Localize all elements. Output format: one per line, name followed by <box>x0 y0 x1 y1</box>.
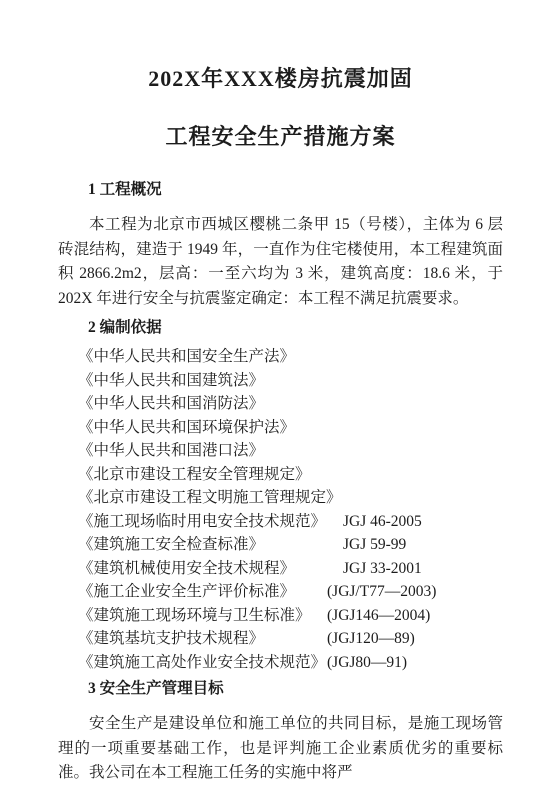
regulation-title: 《施工现场临时用电安全技术规范》 <box>78 513 326 530</box>
regulation-title: 《北京市建设工程安全管理规定》 <box>78 466 311 483</box>
regulation-item: 《中华人民共和国消防法》 <box>78 392 503 416</box>
regulation-item: 《施工现场临时用电安全技术规范》 JGJ 46-2005 <box>78 510 503 534</box>
regulation-title: 《北京市建设工程文明施工管理规定》 <box>78 489 342 506</box>
regulation-title: 《中华人民共和国港口法》 <box>78 442 264 459</box>
regulation-title: 《建筑施工安全检查标准》 <box>78 536 264 553</box>
regulation-item: 《中华人民共和国安全生产法》 <box>78 345 503 369</box>
regulation-title: 《建筑施工现场环境与卫生标准》 <box>78 607 311 624</box>
regulation-code: (JGJ80—91) <box>327 651 407 675</box>
regulation-title: 《建筑施工高处作业安全技术规范》 <box>78 654 326 671</box>
regulation-code: JGJ 46-2005 <box>343 510 422 534</box>
section-3-heading: 3 安全生产管理目标 <box>58 679 503 699</box>
regulation-code: JGJ 33-2001 <box>343 557 422 581</box>
document-title-line2: 工程安全生产措施方案 <box>58 122 503 152</box>
regulation-title: 《建筑机械使用安全技术规程》 <box>78 560 295 577</box>
regulation-title: 《中华人民共和国安全生产法》 <box>78 348 295 365</box>
regulation-item: 《建筑施工现场环境与卫生标准》 (JGJ146—2004) <box>78 604 503 628</box>
section-1-paragraph: 本工程为北京市西城区樱桃二条甲 15（号楼），主体为 6 层砖混结构，建造于 1… <box>58 213 503 311</box>
regulation-title: 《施工企业安全生产评价标准》 <box>78 583 295 600</box>
regulation-list: 《中华人民共和国安全生产法》 《中华人民共和国建筑法》 《中华人民共和国消防法》… <box>58 345 503 674</box>
document-title-line1: 202X年XXX楼房抗震加固 <box>58 64 503 94</box>
regulation-code: (JGJ120—89) <box>327 627 415 651</box>
document-page: 202X年XXX楼房抗震加固 工程安全生产措施方案 1 工程概况 本工程为北京市… <box>0 0 560 792</box>
regulation-item: 《北京市建设工程安全管理规定》 <box>78 463 503 487</box>
regulation-item: 《北京市建设工程文明施工管理规定》 <box>78 486 503 510</box>
regulation-code: (JGJ146—2004) <box>327 604 430 628</box>
regulation-item: 《中华人民共和国建筑法》 <box>78 369 503 393</box>
section-2-heading: 2 编制依据 <box>58 318 503 338</box>
regulation-title: 《中华人民共和国消防法》 <box>78 395 264 412</box>
regulation-code: (JGJ/T77—2003) <box>327 580 436 604</box>
regulation-title: 《建筑基坑支护技术规程》 <box>78 630 264 647</box>
regulation-code: JGJ 59-99 <box>343 533 406 557</box>
section-1-heading: 1 工程概况 <box>58 180 503 200</box>
regulation-item: 《中华人民共和国环境保护法》 <box>78 416 503 440</box>
regulation-title: 《中华人民共和国建筑法》 <box>78 372 264 389</box>
regulation-item: 《建筑施工安全检查标准》 JGJ 59-99 <box>78 533 503 557</box>
regulation-item: 《建筑基坑支护技术规程》 (JGJ120—89) <box>78 627 503 651</box>
regulation-item: 《施工企业安全生产评价标准》 (JGJ/T77—2003) <box>78 580 503 604</box>
regulation-item: 《建筑施工高处作业安全技术规范》 (JGJ80—91) <box>78 651 503 675</box>
regulation-title: 《中华人民共和国环境保护法》 <box>78 419 295 436</box>
section-3-paragraph: 安全生产是建设单位和施工单位的共同目标，是施工现场管理的一项重要基础工作，也是评… <box>58 712 503 786</box>
regulation-item: 《建筑机械使用安全技术规程》 JGJ 33-2001 <box>78 557 503 581</box>
regulation-item: 《中华人民共和国港口法》 <box>78 439 503 463</box>
